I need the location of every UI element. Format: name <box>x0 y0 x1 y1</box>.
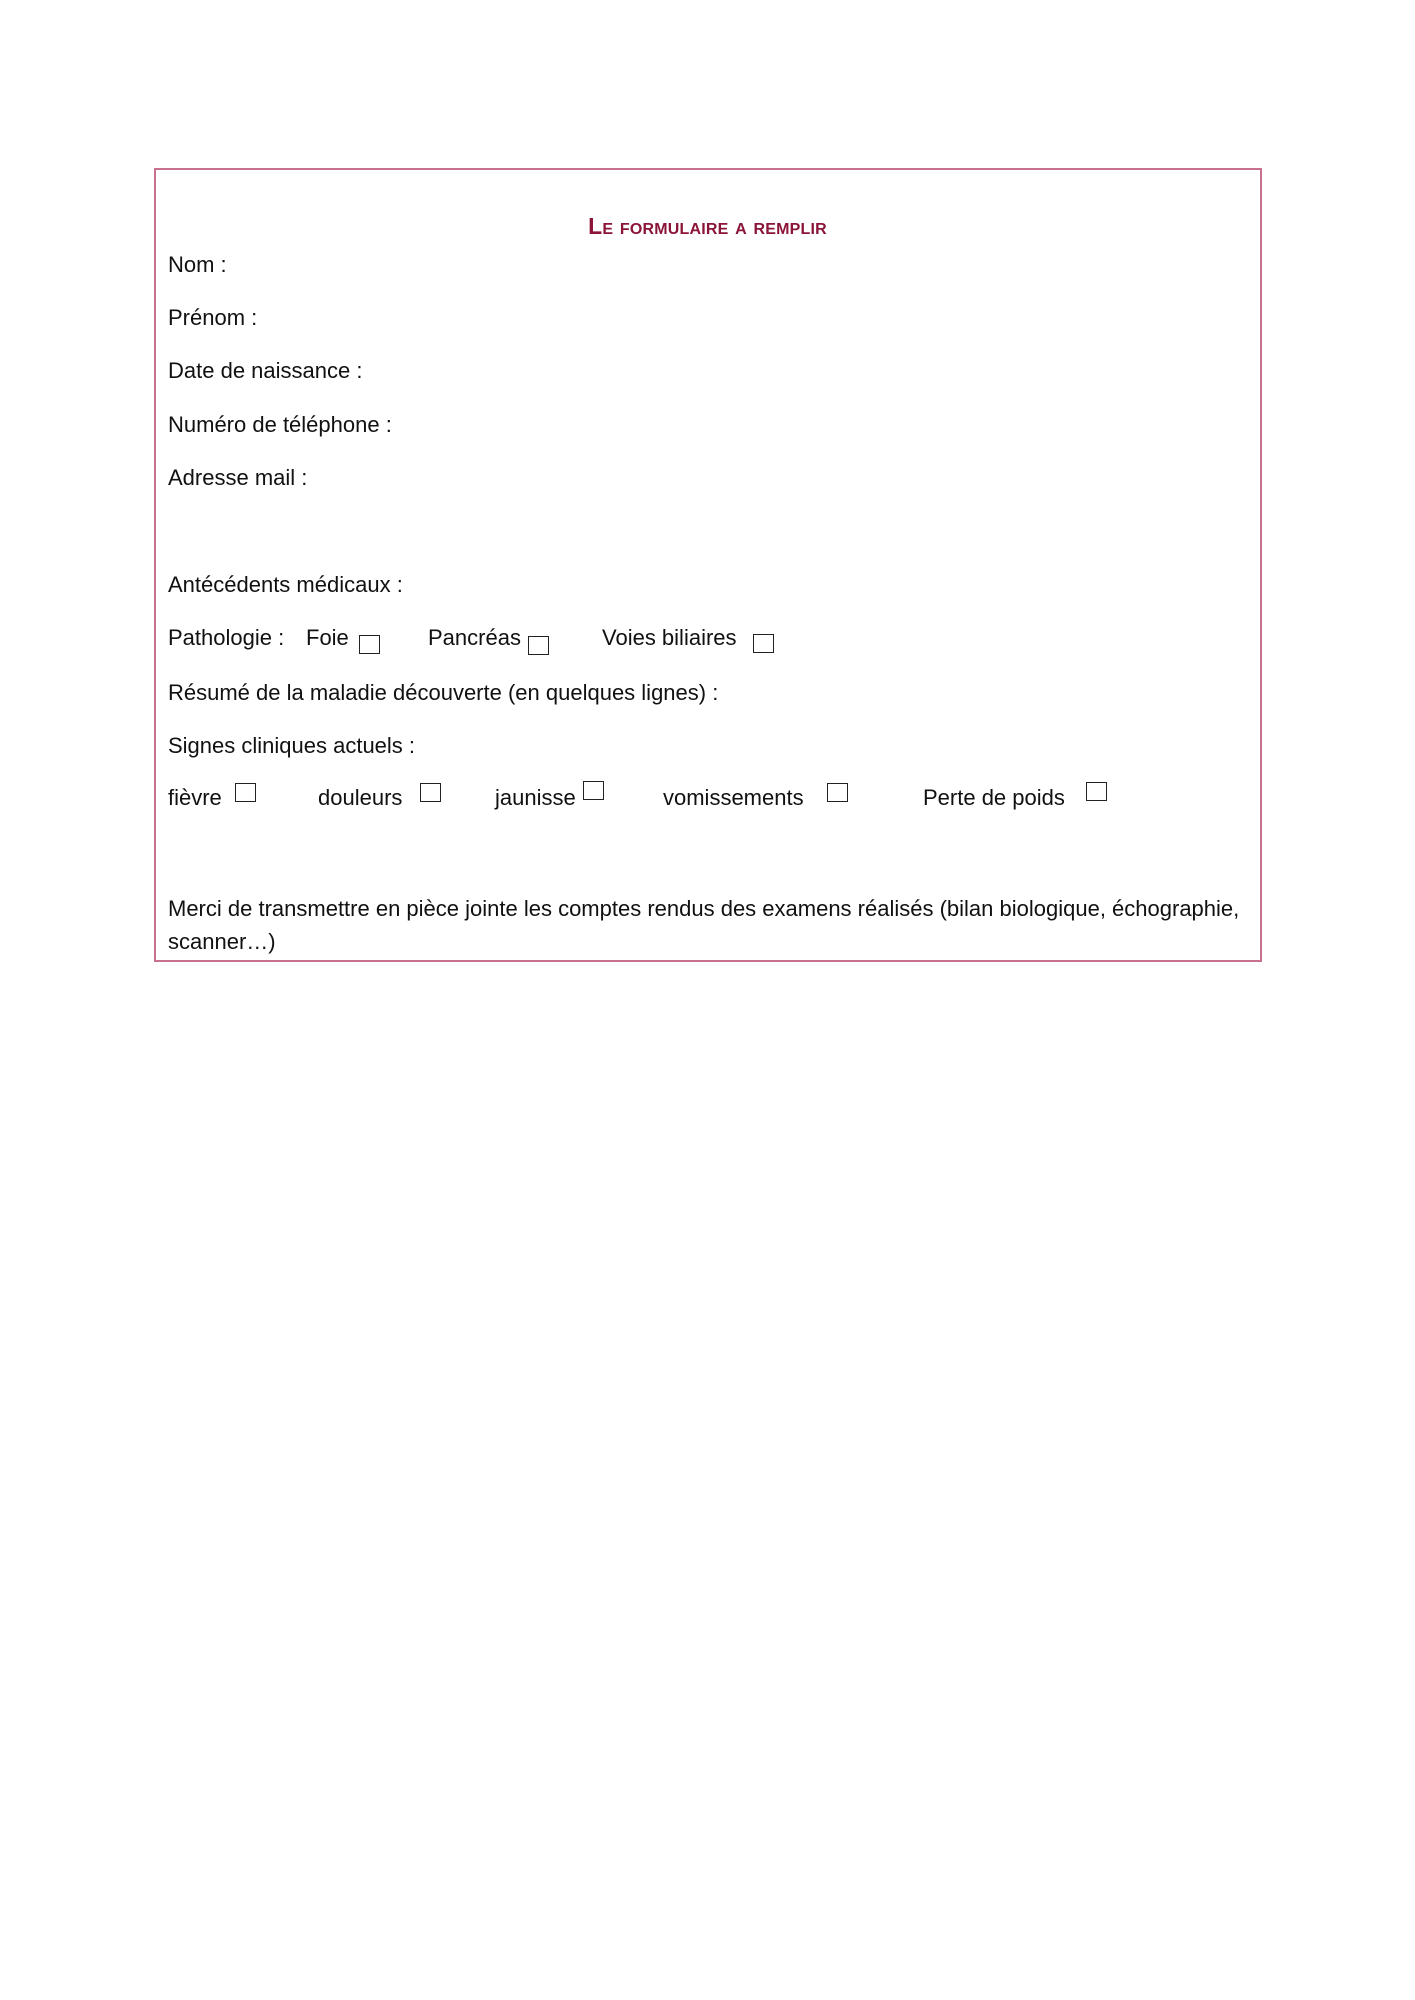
checkbox-fievre[interactable] <box>235 783 256 802</box>
field-date-naissance-label: Date de naissance : <box>168 358 362 384</box>
field-email-label: Adresse mail : <box>168 465 307 491</box>
checkbox-vomissements[interactable] <box>827 783 848 802</box>
signes-label: Signes cliniques actuels : <box>168 733 415 759</box>
checkbox-jaunisse[interactable] <box>583 781 604 800</box>
field-prenom-label: Prénom : <box>168 305 257 331</box>
signe-fievre-label: fièvre <box>168 785 222 811</box>
signe-vomissements-label: vomissements <box>663 785 804 811</box>
option-voies-biliaires-label: Voies biliaires <box>602 625 737 651</box>
field-telephone-label: Numéro de téléphone : <box>168 412 392 438</box>
checkbox-douleurs[interactable] <box>420 783 441 802</box>
field-nom-label: Nom : <box>168 252 227 278</box>
antecedents-label: Antécédents médicaux : <box>168 572 403 598</box>
form-title: Le formulaire a remplir <box>0 213 1415 240</box>
signe-jaunisse-label: jaunisse <box>495 785 576 811</box>
signe-perte-poids-label: Perte de poids <box>923 785 1065 811</box>
form-frame <box>154 168 1262 962</box>
checkbox-pancreas[interactable] <box>528 636 549 655</box>
checkbox-perte-poids[interactable] <box>1086 782 1107 801</box>
signe-douleurs-label: douleurs <box>318 785 402 811</box>
resume-label: Résumé de la maladie découverte (en quel… <box>168 680 718 706</box>
checkbox-voies-biliaires[interactable] <box>753 634 774 653</box>
checkbox-foie[interactable] <box>359 635 380 654</box>
option-pancreas-label: Pancréas <box>428 625 521 651</box>
pathologie-label: Pathologie : <box>168 625 284 651</box>
footer-note: Merci de transmettre en pièce jointe les… <box>168 892 1248 958</box>
option-foie-label: Foie <box>306 625 349 651</box>
